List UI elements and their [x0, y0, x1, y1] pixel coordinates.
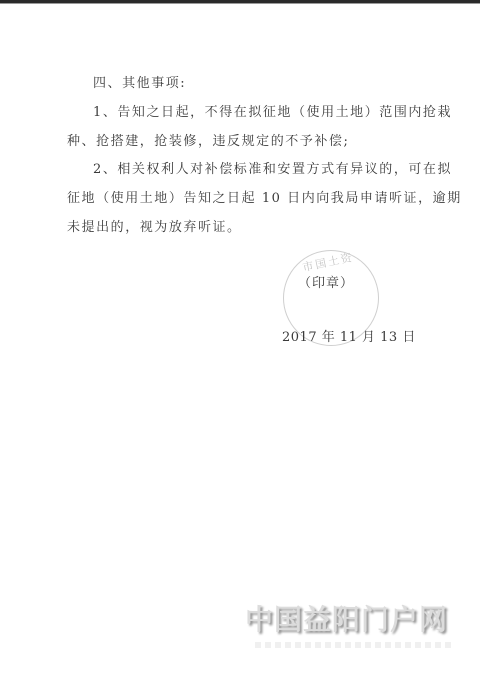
document-date: 2017 年 11 月 13 日	[282, 326, 416, 345]
item2-line3: 未提出的，视为放弃听证。	[67, 216, 242, 235]
item2-line2: 征地（使用土地）告知之日起 10 日内向我局申请听证，逾期	[67, 187, 462, 206]
scan-top-border-shadow	[0, 3, 480, 4]
item1-line1: 1、告知之日起，不得在拟征地（使用土地）范围内抢栽	[93, 101, 452, 120]
seal-label: （印章）	[298, 272, 354, 291]
site-watermark: 中国益阳门户网	[245, 598, 448, 638]
section-heading: 四、其他事项:	[93, 72, 186, 91]
watermark-underline	[255, 642, 455, 648]
item1-line2: 种、抢搭建，抢装修，违反规定的不予补偿;	[67, 130, 349, 149]
item2-line1: 2、相关权利人对补偿标准和安置方式有异议的，可在拟	[93, 158, 452, 177]
